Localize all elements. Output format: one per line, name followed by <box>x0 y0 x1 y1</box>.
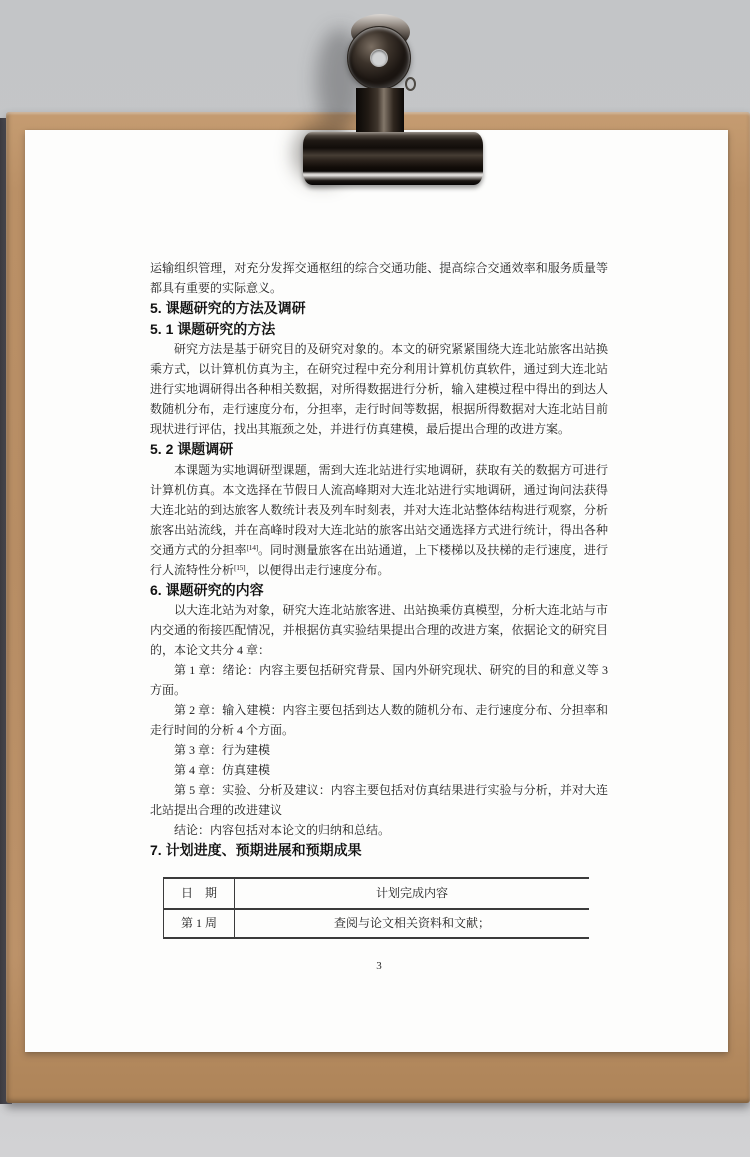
clip-ring-hole <box>370 49 388 67</box>
paper-sheet: 运输组织管理，对充分发挥交通枢纽的综合交通功能、提高综合交通效率和服务质量等都具… <box>25 130 728 1052</box>
clip-jaw-bar <box>303 132 483 185</box>
paragraph-intro-continuation: 运输组织管理，对充分发挥交通枢纽的综合交通功能、提高综合交通效率和服务质量等都具… <box>150 258 608 298</box>
paragraph-conclusion: 结论：内容包括对本论文的归纳和总结。 <box>150 820 608 840</box>
paragraph-chapter-1: 第 1 章：绪论：内容主要包括研究背景、国内外研究现状、研究的目的和意义等 3 … <box>150 660 608 700</box>
scene: 运输组织管理，对充分发挥交通枢纽的综合交通功能、提高综合交通效率和服务质量等都具… <box>0 0 750 1157</box>
paragraph-5-2: 本课题为实地调研型课题，需到大连北站进行实地调研，获取有关的数据方可进行计算机仿… <box>150 460 608 580</box>
page-number: 3 <box>150 956 608 976</box>
paragraph-5-1: 研究方法是基于研究目的及研究对象的。本文的研究紧紧围绕大连北站旅客出站换乘方式，… <box>150 339 608 439</box>
table-header-date: 日 期 <box>163 879 235 908</box>
paragraph-chapter-2: 第 2 章：输入建模：内容主要包括到达人数的随机分布、走行速度分布、分担率和走行… <box>150 700 608 740</box>
heading-section-6: 6. 课题研究的内容 <box>150 580 608 601</box>
paragraph-5-2-text-c: ，以便得出走行速度分布。 <box>245 563 389 577</box>
paragraph-chapter-4: 第 4 章：仿真建模 <box>150 760 608 780</box>
heading-section-5: 5. 课题研究的方法及调研 <box>150 298 608 319</box>
table-cell-task: 查阅与论文相关资料和文献； <box>235 910 589 937</box>
heading-section-5-1: 5. 1 课题研究的方法 <box>150 319 608 340</box>
clip-wire-loop-icon <box>405 77 416 91</box>
table-header-planned-content: 计划完成内容 <box>235 879 589 908</box>
table-cell-week: 第 1 周 <box>163 910 235 937</box>
citation-14: [14] <box>247 543 258 552</box>
clip-arm <box>356 88 404 138</box>
heading-section-7: 7. 计划进度、预期进展和预期成果 <box>150 840 608 861</box>
paragraph-chapter-3: 第 3 章：行为建模 <box>150 740 608 760</box>
schedule-table: 日 期 计划完成内容 第 1 周 查阅与论文相关资料和文献； <box>163 877 589 939</box>
heading-section-5-2: 5. 2 课题调研 <box>150 439 608 460</box>
paragraph-chapter-5: 第 5 章：实验、分析及建议：内容主要包括对仿真结果进行实验与分析，并对大连北站… <box>150 780 608 820</box>
paragraph-6-intro: 以大连北站为对象，研究大连北站旅客进、出站换乘仿真模型，分析大连北站与市内交通的… <box>150 600 608 660</box>
document-content: 运输组织管理，对充分发挥交通枢纽的综合交通功能、提高综合交通效率和服务质量等都具… <box>150 258 608 976</box>
citation-15: [15] <box>234 563 245 572</box>
schedule-table-header-row: 日 期 计划完成内容 <box>163 879 589 910</box>
table-row: 第 1 周 查阅与论文相关资料和文献； <box>163 910 589 939</box>
